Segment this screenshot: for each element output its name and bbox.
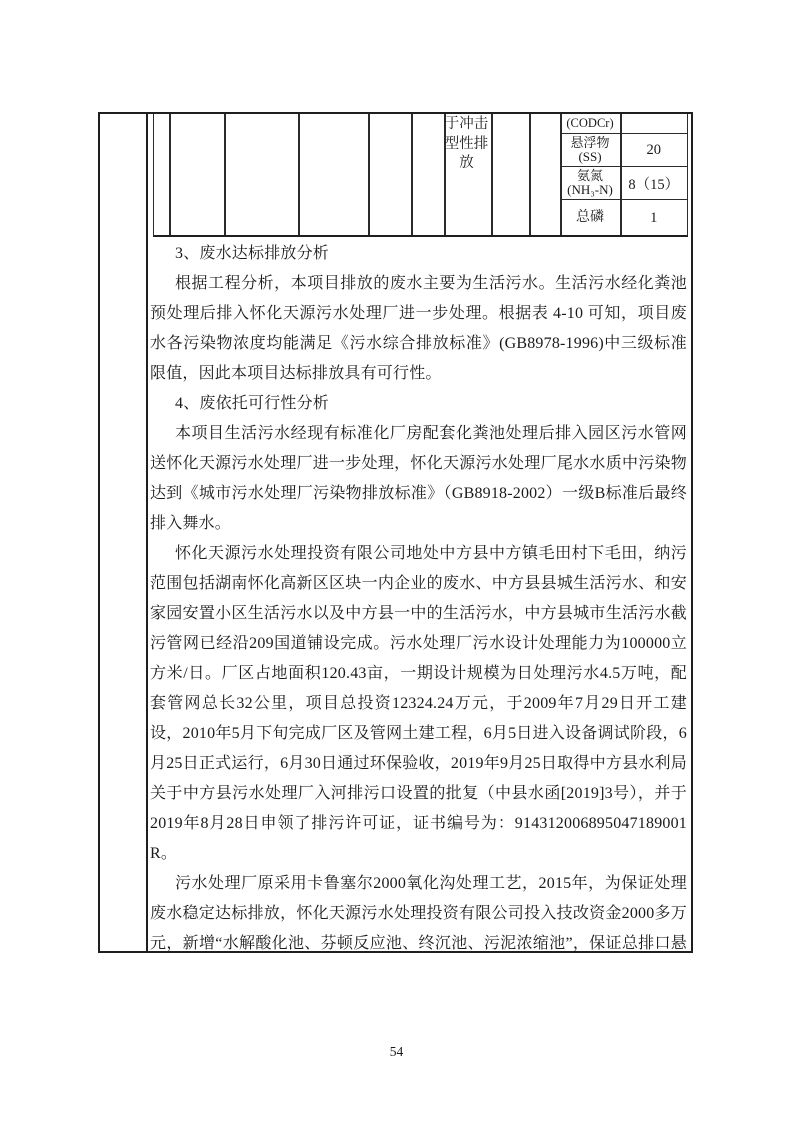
table-grid-line xyxy=(169,114,171,235)
pollutant-rows: (CODCr) 悬浮物 (SS) 20 氨氮 (NH₃-N) xyxy=(560,114,688,235)
pollutant-name-cell: 悬浮物 (SS) xyxy=(560,134,620,166)
section-heading-wastewater-compliance: 3、废水达标排放分析 xyxy=(150,239,687,269)
table-row: 总磷 1 xyxy=(560,199,688,237)
paragraph-feasibility-3: 污水处理厂原采用卡鲁塞尔2000氧化沟处理工艺，2015年，为保证处理废水稳定达… xyxy=(150,869,687,953)
page-number: 54 xyxy=(0,1044,793,1060)
pollutant-name-line: (NH₃-N) xyxy=(567,183,613,198)
frame-column-divider xyxy=(146,114,148,951)
pollutant-name-line: (CODCr) xyxy=(566,116,613,131)
paragraph-feasibility-2: 怀化天源污水处理投资有限公司地处中方县中方镇毛田村下毛田，纳污范围包括湖南怀化高… xyxy=(150,539,687,869)
pollutant-name-line: (SS) xyxy=(578,150,601,165)
pollutant-name-cell: 总磷 xyxy=(560,200,620,237)
table-row: 氨氮 (NH₃-N) 8（15） xyxy=(560,166,688,199)
pollutant-value-cell: 1 xyxy=(620,200,688,237)
pollutant-name-line: 总磷 xyxy=(576,211,604,226)
pollutant-value-cell: 20 xyxy=(620,134,688,166)
pollutant-name-cell: 氨氮 (NH₃-N) xyxy=(560,167,620,199)
paragraph-compliance-analysis: 根据工程分析，本项目排放的废水主要为生活污水。生活污水经化粪池预处理后排入怀化天… xyxy=(150,269,687,389)
table-grid-line xyxy=(224,114,226,235)
table-cell-discharge-note: 于冲击型性排放 xyxy=(443,115,490,174)
table-grid-line xyxy=(491,114,493,235)
pollutant-standards-table: 于冲击型性排放 (CODCr) 悬浮物 (SS) 20 xyxy=(153,114,688,237)
table-grid-line xyxy=(529,114,531,235)
table-grid-line xyxy=(368,114,370,235)
pollutant-name-line: 悬浮物 xyxy=(570,136,609,151)
paragraph-feasibility-1: 本项目生活污水经现有标准化厂房配套化粪池处理后排入园区污水管网送怀化天源污水处理… xyxy=(150,419,687,539)
pollutant-value-cell: 8（15） xyxy=(620,167,688,199)
section-heading-reliance-feasibility: 4、废依托可行性分析 xyxy=(150,389,687,419)
table-row: 悬浮物 (SS) 20 xyxy=(560,133,688,166)
table-grid-line xyxy=(298,114,300,235)
pollutant-value-cell xyxy=(620,114,688,133)
content-frame: 于冲击型性排放 (CODCr) 悬浮物 (SS) 20 xyxy=(98,112,693,953)
document-page: 于冲击型性排放 (CODCr) 悬浮物 (SS) 20 xyxy=(0,0,793,1122)
body-text: 3、废水达标排放分析 根据工程分析，本项目排放的废水主要为生活污水。生活污水经化… xyxy=(150,239,687,953)
table-grid-line xyxy=(411,114,413,235)
table-row: (CODCr) xyxy=(560,114,688,133)
pollutant-name-line: 氨氮 xyxy=(577,169,603,184)
pollutant-name-cell: (CODCr) xyxy=(560,114,620,133)
